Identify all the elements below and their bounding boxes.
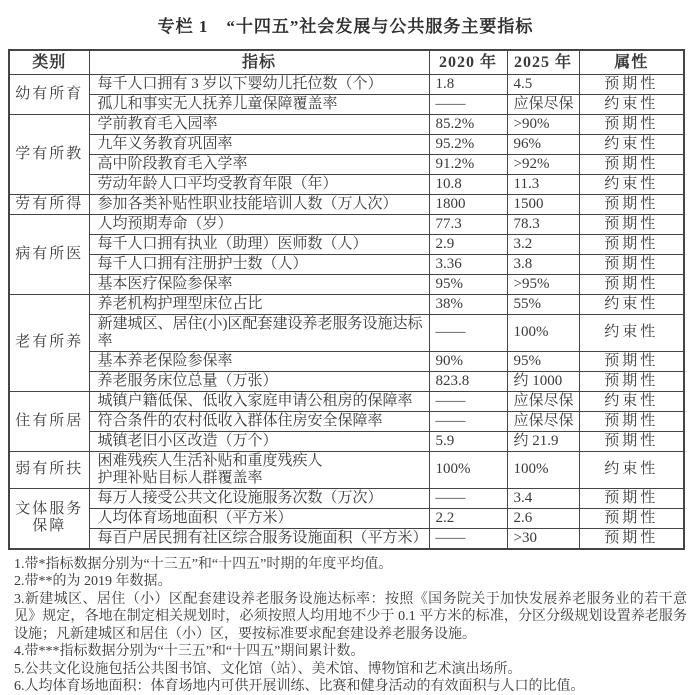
- table-row: 每千人口拥有注册护士数（人）3.363.8预期性: [9, 254, 684, 274]
- table-row: 新建城区、居住(小)区配套建设养老服务设施达标率——100%约束性: [9, 314, 684, 351]
- attribute-cell: 预期性: [579, 234, 684, 254]
- value-2025-cell: 应保尽保: [507, 391, 579, 411]
- table-row: 住有所居城镇户籍低保、低收入家庭申请公租房的保障率——应保尽保约束性: [9, 391, 684, 411]
- attribute-cell: 预期性: [579, 488, 684, 508]
- value-2025-cell: 约 1000: [507, 371, 579, 391]
- table-row: 人均体育场地面积（平方米）2.22.6预期性: [9, 508, 684, 528]
- value-2025-cell: >95%: [507, 274, 579, 294]
- table-row: 文体服务保障每万人接受公共文化设施服务次数（万次）——3.4预期性: [9, 488, 684, 508]
- value-2020-cell: ——: [429, 411, 507, 431]
- table-row: 高中阶段教育毛入学率91.2%>92%预期性: [9, 154, 684, 174]
- category-cell: 弱有所扶: [9, 451, 89, 488]
- table-row: 基本医疗保险参保率95%>95%预期性: [9, 274, 684, 294]
- footnote: 6.人均体育场地面积：体育场地内可供开展训练、比赛和健身活动的有效面积与人口的比…: [14, 678, 687, 695]
- value-2020-cell: 5.9: [429, 431, 507, 451]
- table-row: 劳动年龄人口平均受教育年限（年）10.811.3约束性: [9, 174, 684, 194]
- value-2020-cell: 3.36: [429, 254, 507, 274]
- asterisk-note-marker: ***: [278, 431, 293, 436]
- value-2025-cell: 应保尽保: [507, 94, 579, 114]
- col-header-indicator: 指标: [89, 50, 429, 74]
- value-2020-cell: 95%: [429, 274, 507, 294]
- indicator-cell: 困难残疾人生活补贴和重度残疾人 护理补贴目标人群覆盖率: [89, 451, 429, 488]
- footnotes: 1.带*指标数据分别为“十三五”和“十四五”时期的年度平均值。2.带**的为 2…: [14, 556, 687, 695]
- value-2025-cell: 55%: [507, 294, 579, 314]
- indicator-cell: 每万人接受公共文化设施服务次数（万次）: [89, 488, 429, 508]
- indicator-cell: 人均预期寿命（岁）: [89, 214, 429, 234]
- value-2020-cell: 95.2%: [429, 134, 507, 154]
- footnote: 3.新建城区、居住（小）区配套建设养老服务设施达标率：按照《国务院关于加快发展养…: [14, 591, 687, 644]
- table-row: 九年义务教育巩固率95.2%96%约束性: [9, 134, 684, 154]
- attribute-cell: 约束性: [579, 174, 684, 194]
- col-header-attribute: 属性: [579, 50, 684, 74]
- value-2025-cell: 3.8: [507, 254, 579, 274]
- value-2020-cell: ——: [429, 528, 507, 549]
- col-header-2020: 2020 年: [429, 50, 507, 74]
- value-2020-cell: 823.8: [429, 371, 507, 391]
- page-title: 专栏 1 “十四五”社会发展与公共服务主要指标: [0, 12, 691, 37]
- table-row: 每百户居民拥有社区综合服务设施面积（平方米）——>30预期性: [9, 528, 684, 549]
- value-2025-cell: 96%: [507, 134, 579, 154]
- attribute-cell: 约束性: [579, 134, 684, 154]
- table-row: 学有所教学前教育毛入园率85.2%>90%预期性: [9, 114, 684, 134]
- col-header-2025: 2025 年: [507, 50, 579, 74]
- category-cell: 学有所教: [9, 114, 89, 194]
- indicator-cell: 养老服务床位总量（万张）: [89, 371, 429, 391]
- value-2020-cell: ——: [429, 391, 507, 411]
- value-2020-cell: 91.2%: [429, 154, 507, 174]
- value-2025-cell: >30: [507, 528, 579, 549]
- asterisk-note-marker: *: [398, 194, 403, 199]
- footnote: 1.带*指标数据分别为“十三五”和“十四五”时期的年度平均值。: [14, 556, 687, 574]
- value-2025-cell: 100%: [507, 451, 579, 488]
- category-cell: 幼有所育: [9, 74, 89, 114]
- attribute-cell: 预期性: [579, 508, 684, 528]
- value-2020-cell: 1.8: [429, 74, 507, 94]
- attribute-cell: 约束性: [579, 294, 684, 314]
- table-row: 病有所医人均预期寿命（岁）77.3**78.3预期性: [9, 214, 684, 234]
- value-2020-cell: 2.9: [429, 234, 507, 254]
- table-row: 孤儿和事实无人抚养儿童保障覆盖率——应保尽保约束性: [9, 94, 684, 114]
- table-row: 老有所养养老机构护理型床位占比38%55%约束性: [9, 294, 684, 314]
- category-cell: 劳有所得: [9, 194, 89, 214]
- value-2020-cell: ——: [429, 94, 507, 114]
- table-row: 幼有所育每千人口拥有 3 岁以下婴幼儿托位数（个）1.84.5预期性: [9, 74, 684, 94]
- footnote: 5.公共文化设施包括公共图书馆、文化馆（站）、美术馆、博物馆和艺术演出场所。: [14, 661, 687, 679]
- indicator-cell: 参加各类补贴性职业技能培训人数（万人次）*: [89, 194, 429, 214]
- indicator-cell: 每千人口拥有 3 岁以下婴幼儿托位数（个）: [89, 74, 429, 94]
- asterisk-note-marker: **: [462, 214, 472, 219]
- value-2025-cell: 3.4: [507, 488, 579, 508]
- value-2025-cell: 95%: [507, 351, 579, 371]
- table-row: 每千人口拥有执业（助理）医师数（人）2.93.2预期性: [9, 234, 684, 254]
- indicator-cell: 养老机构护理型床位占比: [89, 294, 429, 314]
- footnote: 4.带***指标数据分别为“十三五”和“十四五”期间累计数。: [14, 643, 687, 661]
- attribute-cell: 约束性: [579, 391, 684, 411]
- value-2020-cell: 2.2: [429, 508, 507, 528]
- category-cell: 老有所养: [9, 294, 89, 391]
- indicator-cell: 劳动年龄人口平均受教育年限（年）: [89, 174, 429, 194]
- table-row: 弱有所扶困难残疾人生活补贴和重度残疾人 护理补贴目标人群覆盖率100%100%约…: [9, 451, 684, 488]
- table-row: 符合条件的农村低收入群体住房安全保障率——应保尽保预期性: [9, 411, 684, 431]
- value-2020-cell: 77.3**: [429, 214, 507, 234]
- value-2020-cell: 90%: [429, 351, 507, 371]
- value-2025-cell: 78.3: [507, 214, 579, 234]
- value-2025-cell: 应保尽保: [507, 411, 579, 431]
- indicators-table: 类别 指标 2020 年 2025 年 属性 幼有所育每千人口拥有 3 岁以下婴…: [8, 49, 685, 550]
- indicator-cell: 九年义务教育巩固率: [89, 134, 429, 154]
- attribute-cell: 预期性: [579, 411, 684, 431]
- value-2025-cell: 100%: [507, 314, 579, 351]
- indicator-cell: 新建城区、居住(小)区配套建设养老服务设施达标率: [89, 314, 429, 351]
- attribute-cell: 预期性: [579, 371, 684, 391]
- indicator-cell: 孤儿和事实无人抚养儿童保障覆盖率: [89, 94, 429, 114]
- attribute-cell: 约束性: [579, 314, 684, 351]
- attribute-cell: 预期性: [579, 528, 684, 549]
- category-cell: 病有所医: [9, 214, 89, 294]
- value-2025-cell: 3.2: [507, 234, 579, 254]
- table-body: 幼有所育每千人口拥有 3 岁以下婴幼儿托位数（个）1.84.5预期性孤儿和事实无…: [9, 74, 684, 549]
- table-row: 养老服务床位总量（万张）823.8约 1000预期性: [9, 371, 684, 391]
- value-2025-cell: 4.5: [507, 74, 579, 94]
- value-2020-cell: ——: [429, 314, 507, 351]
- indicator-cell: 高中阶段教育毛入学率: [89, 154, 429, 174]
- value-2020-cell: 85.2%: [429, 114, 507, 134]
- value-2020-cell: ——: [429, 488, 507, 508]
- col-header-category: 类别: [9, 50, 89, 74]
- indicator-cell: 基本养老保险参保率: [89, 351, 429, 371]
- value-2020-cell: 10.8: [429, 174, 507, 194]
- value-2025-cell: 约 21.9: [507, 431, 579, 451]
- table-row: 基本养老保险参保率90%95%预期性: [9, 351, 684, 371]
- category-cell: 文体服务保障: [9, 488, 89, 549]
- attribute-cell: 预期性: [579, 194, 684, 214]
- indicator-cell: 基本医疗保险参保率: [89, 274, 429, 294]
- table-row: 劳有所得参加各类补贴性职业技能培训人数（万人次）*18001500预期性: [9, 194, 684, 214]
- attribute-cell: 预期性: [579, 274, 684, 294]
- document-page: 专栏 1 “十四五”社会发展与公共服务主要指标 类别 指标 2020 年 202…: [0, 0, 691, 695]
- value-2025-cell: 1500: [507, 194, 579, 214]
- table-row: 城镇老旧小区改造（万个）***5.9约 21.9预期性: [9, 431, 684, 451]
- header-row: 类别 指标 2020 年 2025 年 属性: [9, 50, 684, 74]
- attribute-cell: 预期性: [579, 351, 684, 371]
- indicator-cell: 符合条件的农村低收入群体住房安全保障率: [89, 411, 429, 431]
- attribute-cell: 预期性: [579, 114, 684, 134]
- value-2025-cell: >92%: [507, 154, 579, 174]
- value-2020-cell: 100%: [429, 451, 507, 488]
- value-2025-cell: 11.3: [507, 174, 579, 194]
- indicator-cell: 每千人口拥有注册护士数（人）: [89, 254, 429, 274]
- value-2025-cell: >90%: [507, 114, 579, 134]
- table-header: 类别 指标 2020 年 2025 年 属性: [9, 50, 684, 74]
- value-2025-cell: 2.6: [507, 508, 579, 528]
- attribute-cell: 预期性: [579, 74, 684, 94]
- attribute-cell: 约束性: [579, 94, 684, 114]
- indicator-cell: 学前教育毛入园率: [89, 114, 429, 134]
- attribute-cell: 预期性: [579, 431, 684, 451]
- category-cell: 住有所居: [9, 391, 89, 451]
- indicator-cell: 人均体育场地面积（平方米）: [89, 508, 429, 528]
- attribute-cell: 预期性: [579, 154, 684, 174]
- attribute-cell: 预期性: [579, 214, 684, 234]
- indicator-cell: 城镇户籍低保、低收入家庭申请公租房的保障率: [89, 391, 429, 411]
- value-2020-cell: 38%: [429, 294, 507, 314]
- attribute-cell: 预期性: [579, 254, 684, 274]
- footnote: 2.带**的为 2019 年数据。: [14, 573, 687, 591]
- value-2020-cell: 1800: [429, 194, 507, 214]
- indicator-cell: 每百户居民拥有社区综合服务设施面积（平方米）: [89, 528, 429, 549]
- attribute-cell: 约束性: [579, 451, 684, 488]
- indicator-cell: 每千人口拥有执业（助理）医师数（人）: [89, 234, 429, 254]
- indicator-cell: 城镇老旧小区改造（万个）***: [89, 431, 429, 451]
